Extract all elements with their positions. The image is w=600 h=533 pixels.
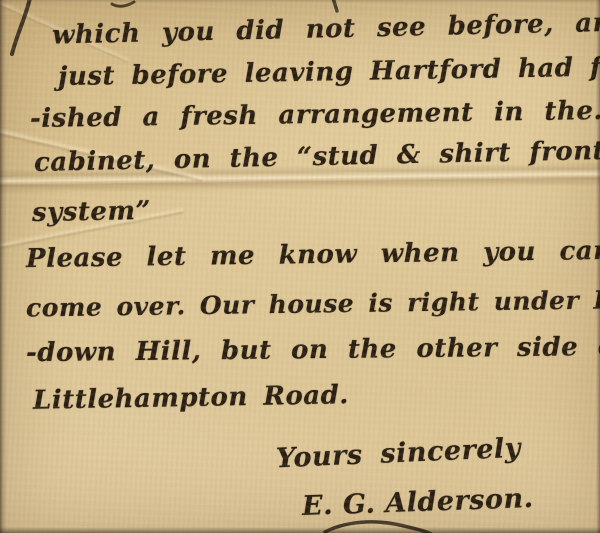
- scan-edge-bottom: [0, 527, 600, 533]
- signature-alderson: E. G. Alderson.: [302, 483, 534, 522]
- letter-line-6: Please let me know when you can: [26, 236, 600, 274]
- scanned-letter-page: { "document_type": "handwritten letter (…: [0, 0, 600, 533]
- letter-line-1: which you did not see before, and: [52, 7, 600, 50]
- letter-line-3: -ished a fresh arrangement in the.: [30, 96, 600, 134]
- letter-line-8: -down Hill, but on the other side of: [26, 332, 600, 368]
- letter-line-9: Littlehampton Road.: [33, 380, 349, 416]
- cropped-stroke-top: [112, 2, 134, 6]
- cropped-stroke-top-middle: [333, 0, 337, 11]
- letter-line-7: come over. Our house is right under High…: [26, 284, 600, 322]
- closing-line: Yours sincerely: [275, 433, 521, 475]
- letter-line-5: system”: [32, 196, 151, 228]
- letter-paper: which you did not see before, and just b…: [0, 0, 600, 533]
- scan-edge-left: [0, 0, 7, 533]
- letter-line-2: just before leaving Hartford had fin-: [58, 52, 600, 92]
- cropped-stroke-bottom: [325, 522, 431, 533]
- scan-edge-top: [0, 0, 600, 3]
- letter-line-4: cabinet, on the “stud & shirt front: [34, 136, 600, 178]
- cropped-descender-stroke-top-left: [12, 0, 30, 54]
